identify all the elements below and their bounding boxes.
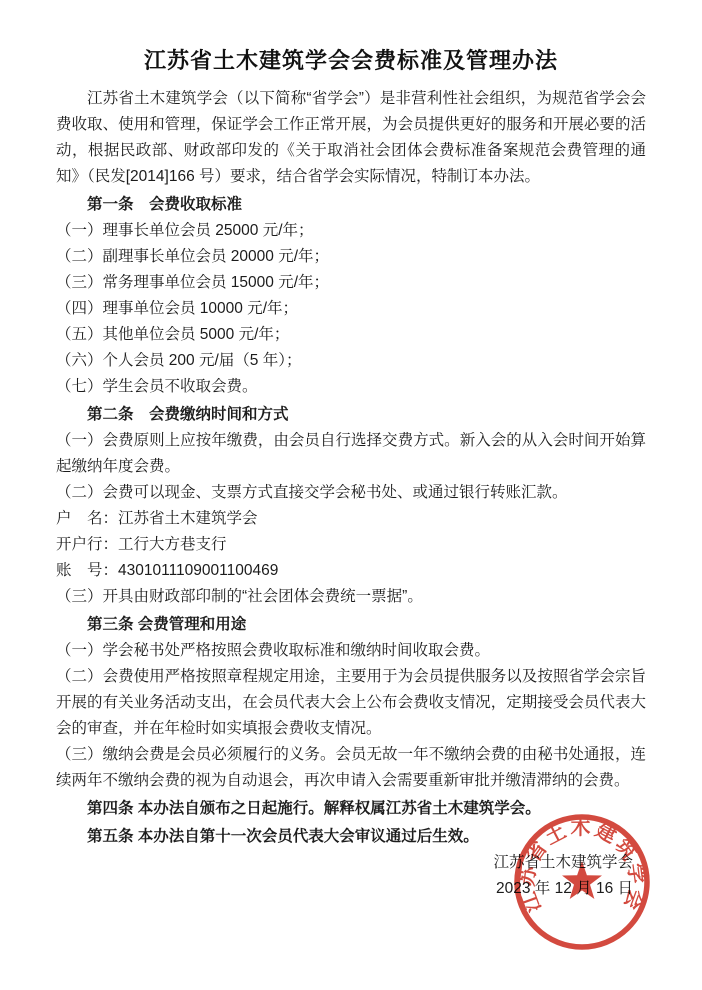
fee-item-1: （一）理事长单位会员 25000 元/年； (56, 218, 646, 244)
fee-item-2: （二）副理事长单位会员 20000 元/年； (56, 244, 646, 270)
article2-item-1: （一）会费原则上应按年缴费，由会员自行选择交费方式。新入会的从入会时间开始算起缴… (56, 428, 646, 480)
article3-heading: 第三条 会费管理和用途 (56, 612, 646, 638)
signature-date: 2023 年 12 月 16 日 (56, 876, 633, 902)
intro-paragraph: 江苏省土木建筑学会（以下简称“省学会”）是非营利性社会组织，为规范省学会会费收取… (56, 86, 646, 190)
article4-line: 第四条 本办法自颁布之日起施行。解释权属江苏省土木建筑学会。 (56, 796, 646, 822)
article3-item-2: （二）会费使用严格按照章程规定用途，主要用于为会员提供服务以及按照省学会宗旨开展… (56, 664, 646, 742)
fee-item-5: （五）其他单位会员 5000 元/年； (56, 322, 646, 348)
fee-item-3: （三）常务理事单位会员 15000 元/年； (56, 270, 646, 296)
article2-item-2: （二）会费可以现金、支票方式直接交学会秘书处、或通过银行转账汇款。 (56, 480, 646, 506)
article3-item-1: （一）学会秘书处严格按照会费收取标准和缴纳时间收取会费。 (56, 638, 646, 664)
fee-item-6: （六）个人会员 200 元/届（5 年）； (56, 348, 646, 374)
fee-item-4: （四）理事单位会员 10000 元/年； (56, 296, 646, 322)
account-number-line: 账 号：4301011109001100469 (56, 558, 646, 584)
document-title: 江苏省土木建筑学会会费标准及管理办法 (56, 44, 646, 77)
article2-item-3: （三）开具由财政部印制的“社会团体会费统一票据”。 (56, 584, 646, 610)
document-page: 江苏省土木建筑学会会费标准及管理办法 江苏省土木建筑学会（以下简称“省学会”）是… (0, 0, 702, 990)
signature-organization: 江苏省土木建筑学会 (56, 850, 633, 876)
article2-heading: 第二条 会费缴纳时间和方式 (56, 402, 646, 428)
bank-branch-line: 开户行：工行大方巷支行 (56, 532, 646, 558)
article5-line: 第五条 本办法自第十一次会员代表大会审议通过后生效。 (56, 824, 646, 850)
article3-item-3: （三）缴纳会费是会员必须履行的义务。会员无故一年不缴纳会费的由秘书处通报，连续两… (56, 742, 646, 794)
document-content: 江苏省土木建筑学会会费标准及管理办法 江苏省土木建筑学会（以下简称“省学会”）是… (56, 44, 646, 902)
account-name-line: 户 名：江苏省土木建筑学会 (56, 506, 646, 532)
article1-heading: 第一条 会费收取标准 (56, 192, 646, 218)
fee-item-7: （七）学生会员不收取会费。 (56, 374, 646, 400)
signature-block: 江苏省土木建筑学会 2023 年 12 月 16 日 (56, 850, 646, 902)
